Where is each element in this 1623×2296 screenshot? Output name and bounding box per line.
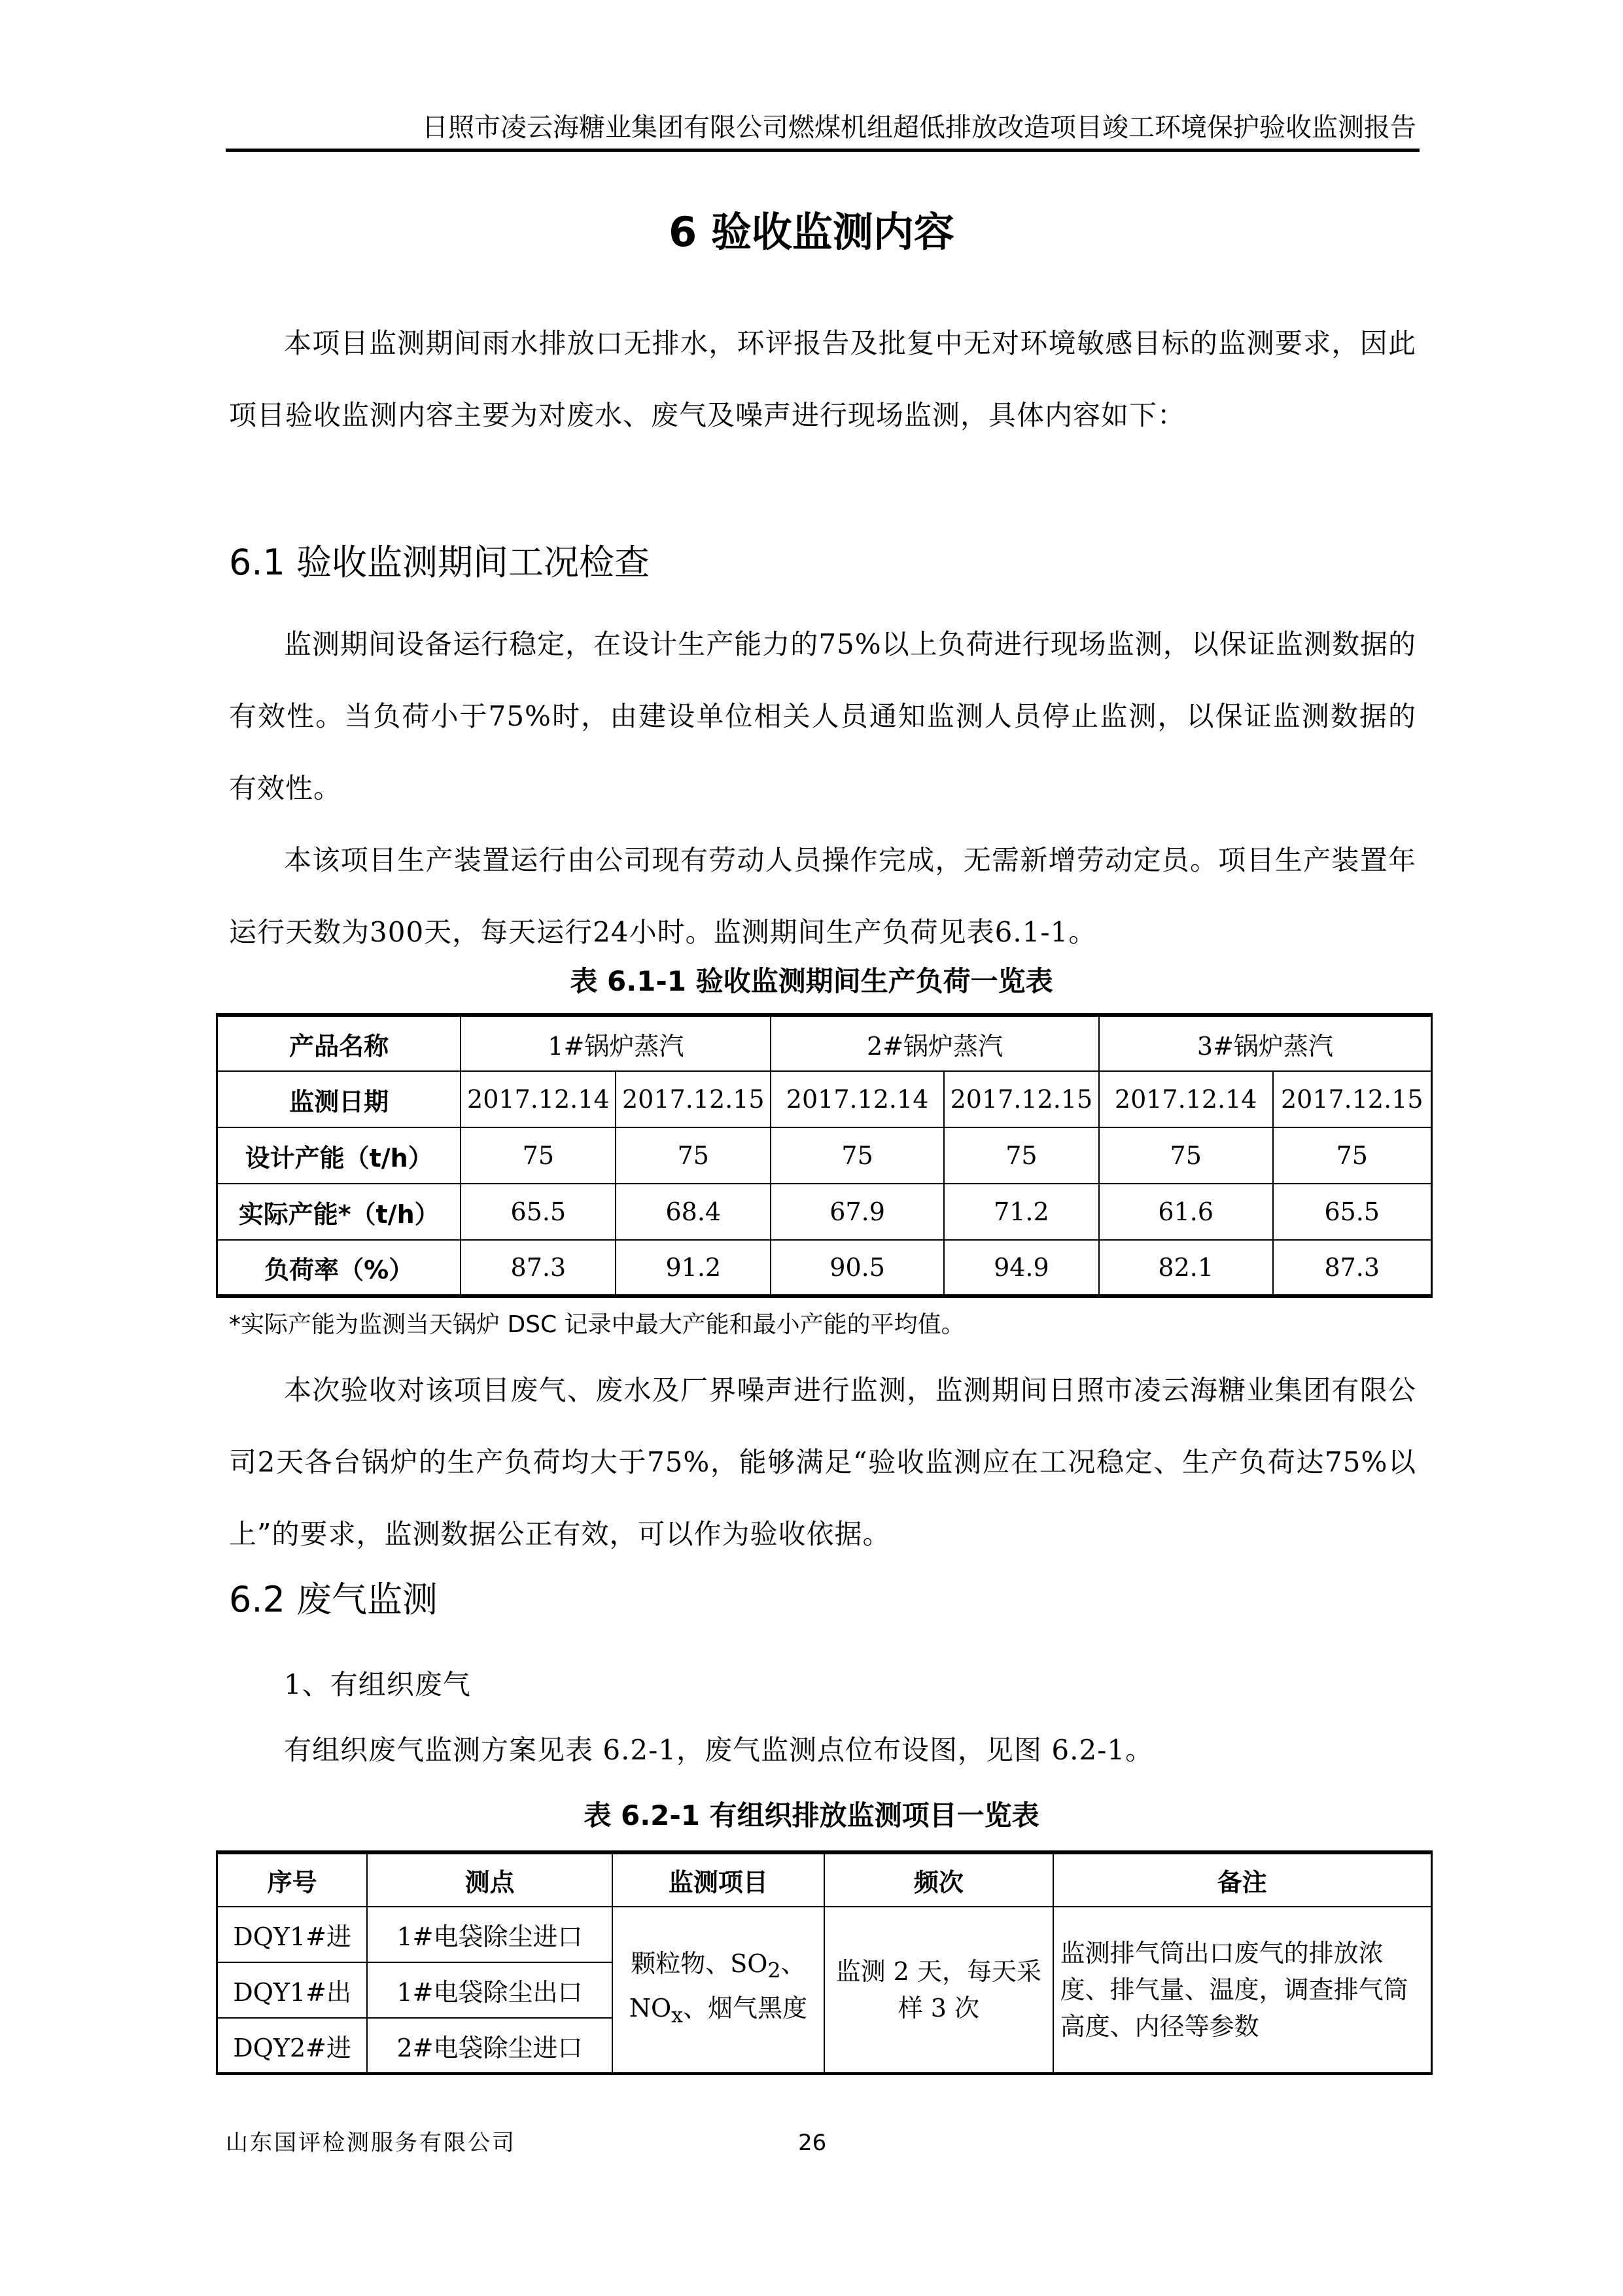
point-id-cell: DQY1#出 [217, 1962, 368, 2018]
section-heading-6-2: 6.2 废气监测 [229, 1574, 438, 1626]
value-cell: 90.5 [771, 1240, 944, 1296]
organized-emission-table: 序号 测点 监测项目 频次 备注 DQY1#进 1#电袋除尘进口 颗粒物、SO2… [216, 1850, 1433, 2075]
value-cell: 75 [1273, 1127, 1432, 1184]
value-cell: 82.1 [1099, 1240, 1273, 1296]
running-header: 日照市凌云海糖业集团有限公司燃煤机组超低排放改造项目竣工环境保护验收监测报告 [226, 108, 1416, 147]
value-cell: 75 [771, 1127, 944, 1184]
column-header: 序号 [217, 1852, 368, 1907]
section-heading-6-1: 6.1 验收监测期间工况检查 [229, 537, 650, 589]
row-label-load-rate: 负荷率（%） [217, 1240, 461, 1296]
point-name-cell: 2#电袋除尘进口 [367, 2018, 612, 2074]
table-header-row: 序号 测点 监测项目 频次 备注 [217, 1852, 1432, 1907]
value-cell: 68.4 [616, 1184, 771, 1240]
intro-paragraph: 本项目监测期间雨水排放口无排水，环评报告及批复中无对环境敏感目标的监测要求，因此… [229, 308, 1416, 451]
point-name-cell: 1#电袋除尘出口 [367, 1962, 612, 2018]
subscript: 2 [767, 1960, 780, 1983]
value-cell: 91.2 [616, 1240, 771, 1296]
date-cell: 2017.12.15 [616, 1071, 771, 1127]
monitoring-items-cell: 颗粒物、SO2、NOx、烟气黑度 [612, 1907, 825, 2074]
table-row: 负荷率（%） 87.3 91.2 90.5 94.9 82.1 87.3 [217, 1240, 1432, 1296]
table-caption-6-2-1: 表 6.2-1 有组织排放监测项目一览表 [0, 1796, 1623, 1835]
row-label-date: 监测日期 [217, 1071, 461, 1127]
row-label-product: 产品名称 [217, 1015, 461, 1071]
value-cell: 87.3 [1273, 1240, 1432, 1296]
point-id-cell: DQY1#进 [217, 1907, 368, 1962]
page-number: 26 [798, 2127, 826, 2159]
product-cell: 2#锅炉蒸汽 [771, 1015, 1099, 1071]
paragraph-staffing: 本该项目生产装置运行由公司现有劳动人员操作完成，无需新增劳动定员。项目生产装置年… [229, 824, 1416, 968]
table-row: DQY1#进 1#电袋除尘进口 颗粒物、SO2、NOx、烟气黑度 监测 2 天，… [217, 1907, 1432, 1962]
date-cell: 2017.12.14 [771, 1071, 944, 1127]
value-cell: 75 [944, 1127, 1099, 1184]
column-header: 频次 [824, 1852, 1053, 1907]
column-header: 备注 [1053, 1852, 1432, 1907]
table-row: 设计产能（t/h） 75 75 75 75 75 75 [217, 1127, 1432, 1184]
paragraph-load-condition: 监测期间设备运行稳定，在设计生产能力的75%以上负荷进行现场监测，以保证监测数据… [229, 609, 1416, 824]
items-text: 颗粒物、SO [631, 1949, 767, 1978]
point-name-cell: 1#电袋除尘进口 [367, 1907, 612, 1962]
value-cell: 75 [461, 1127, 616, 1184]
row-label-design-capacity: 设计产能（t/h） [217, 1127, 461, 1184]
value-cell: 67.9 [771, 1184, 944, 1240]
paragraph-acceptance-basis: 本次验收对该项目废气、废水及厂界噪声进行监测，监测期间日照市凌云海糖业集团有限公… [229, 1354, 1416, 1570]
table-caption-6-1-1: 表 6.1-1 验收监测期间生产负荷一览表 [0, 962, 1623, 1001]
table-row: 监测日期 2017.12.14 2017.12.15 2017.12.14 20… [217, 1071, 1432, 1127]
footer-company: 山东国评检测服务有限公司 [226, 2127, 516, 2159]
items-text: 、烟气黑度 [683, 1994, 807, 2022]
paragraph-monitoring-plan: 有组织废气监测方案见表 6.2-1，废气监测点位布设图，见图 6.2-1。 [229, 1714, 1416, 1786]
value-cell: 87.3 [461, 1240, 616, 1296]
value-cell: 75 [1099, 1127, 1273, 1184]
remark-cell: 监测排气筒出口废气的排放浓度、排气量、温度，调查排气筒高度、内径等参数 [1053, 1907, 1432, 2074]
value-cell: 71.2 [944, 1184, 1099, 1240]
column-header: 测点 [367, 1852, 612, 1907]
value-cell: 61.6 [1099, 1184, 1273, 1240]
table-footnote: *实际产能为监测当天锅炉 DSC 记录中最大产能和最小产能的平均值。 [229, 1309, 965, 1341]
value-cell: 65.5 [461, 1184, 616, 1240]
value-cell: 94.9 [944, 1240, 1099, 1296]
date-cell: 2017.12.14 [461, 1071, 616, 1127]
date-cell: 2017.12.14 [1099, 1071, 1273, 1127]
value-cell: 65.5 [1273, 1184, 1432, 1240]
chapter-title: 6 验收监测内容 [0, 203, 1623, 262]
subheading-organized-emissions: 1、有组织废气 [229, 1649, 1416, 1721]
header-divider [226, 149, 1420, 152]
frequency-cell: 监测 2 天，每天采样 3 次 [824, 1907, 1053, 2074]
product-cell: 1#锅炉蒸汽 [461, 1015, 771, 1071]
column-header: 监测项目 [612, 1852, 825, 1907]
value-cell: 75 [616, 1127, 771, 1184]
product-cell: 3#锅炉蒸汽 [1099, 1015, 1432, 1071]
table-row: 产品名称 1#锅炉蒸汽 2#锅炉蒸汽 3#锅炉蒸汽 [217, 1015, 1432, 1071]
production-load-table: 产品名称 1#锅炉蒸汽 2#锅炉蒸汽 3#锅炉蒸汽 监测日期 2017.12.1… [216, 1013, 1433, 1298]
point-id-cell: DQY2#进 [217, 2018, 368, 2074]
table-row: 实际产能*（t/h） 65.5 68.4 67.9 71.2 61.6 65.5 [217, 1184, 1432, 1240]
date-cell: 2017.12.15 [944, 1071, 1099, 1127]
subscript: x [671, 2004, 683, 2028]
row-label-actual-capacity: 实际产能*（t/h） [217, 1184, 461, 1240]
date-cell: 2017.12.15 [1273, 1071, 1432, 1127]
